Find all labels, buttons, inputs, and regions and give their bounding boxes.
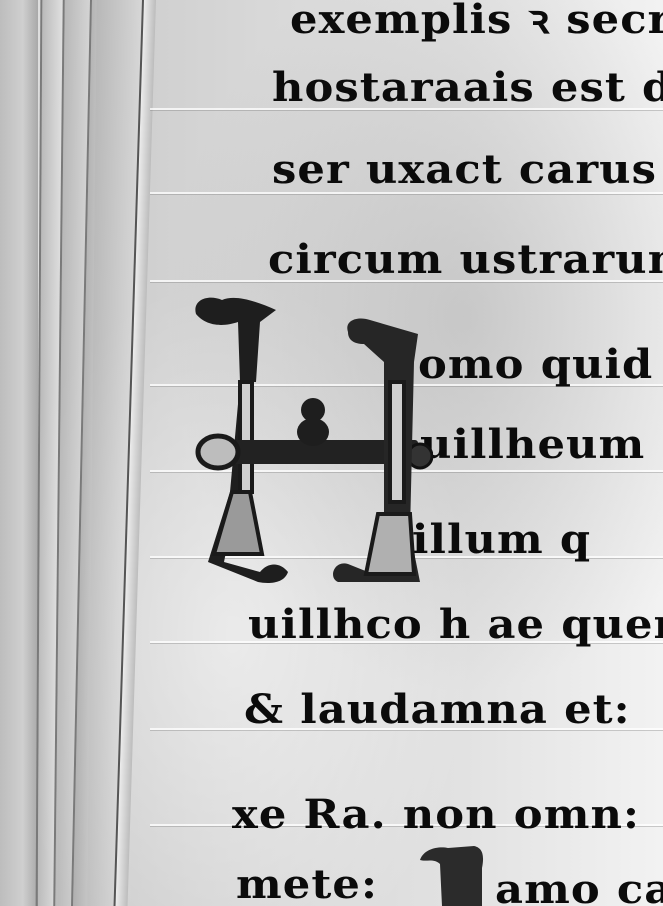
text-line-4: circum ustrarum bbox=[268, 240, 663, 280]
text-line-1: exemplis ꝛ secret bbox=[290, 0, 663, 40]
text-line-11a: mete: bbox=[236, 865, 378, 905]
decorated-initial-h bbox=[188, 292, 433, 597]
text-line-9: & laudamna et: bbox=[244, 690, 631, 730]
text-line-5: omo quid bbox=[418, 345, 653, 385]
text-line-8: uillhco h ae quem bbox=[248, 605, 663, 645]
text-line-2: hostaraais est d bbox=[272, 68, 663, 108]
book-edge bbox=[0, 0, 38, 906]
text-line-6: uillheum bbox=[420, 425, 645, 465]
manuscript-page: exemplis ꝛ secret hostaraais est d ser u… bbox=[0, 0, 663, 906]
text-line-10: xe Ra. non omn: bbox=[232, 795, 640, 835]
text-line-7: illum q bbox=[412, 520, 591, 560]
text-line-3: ser uxact carus bbox=[272, 150, 657, 190]
text-line-11b: amo ca bbox=[495, 870, 663, 906]
decorated-initial-n bbox=[418, 844, 486, 906]
